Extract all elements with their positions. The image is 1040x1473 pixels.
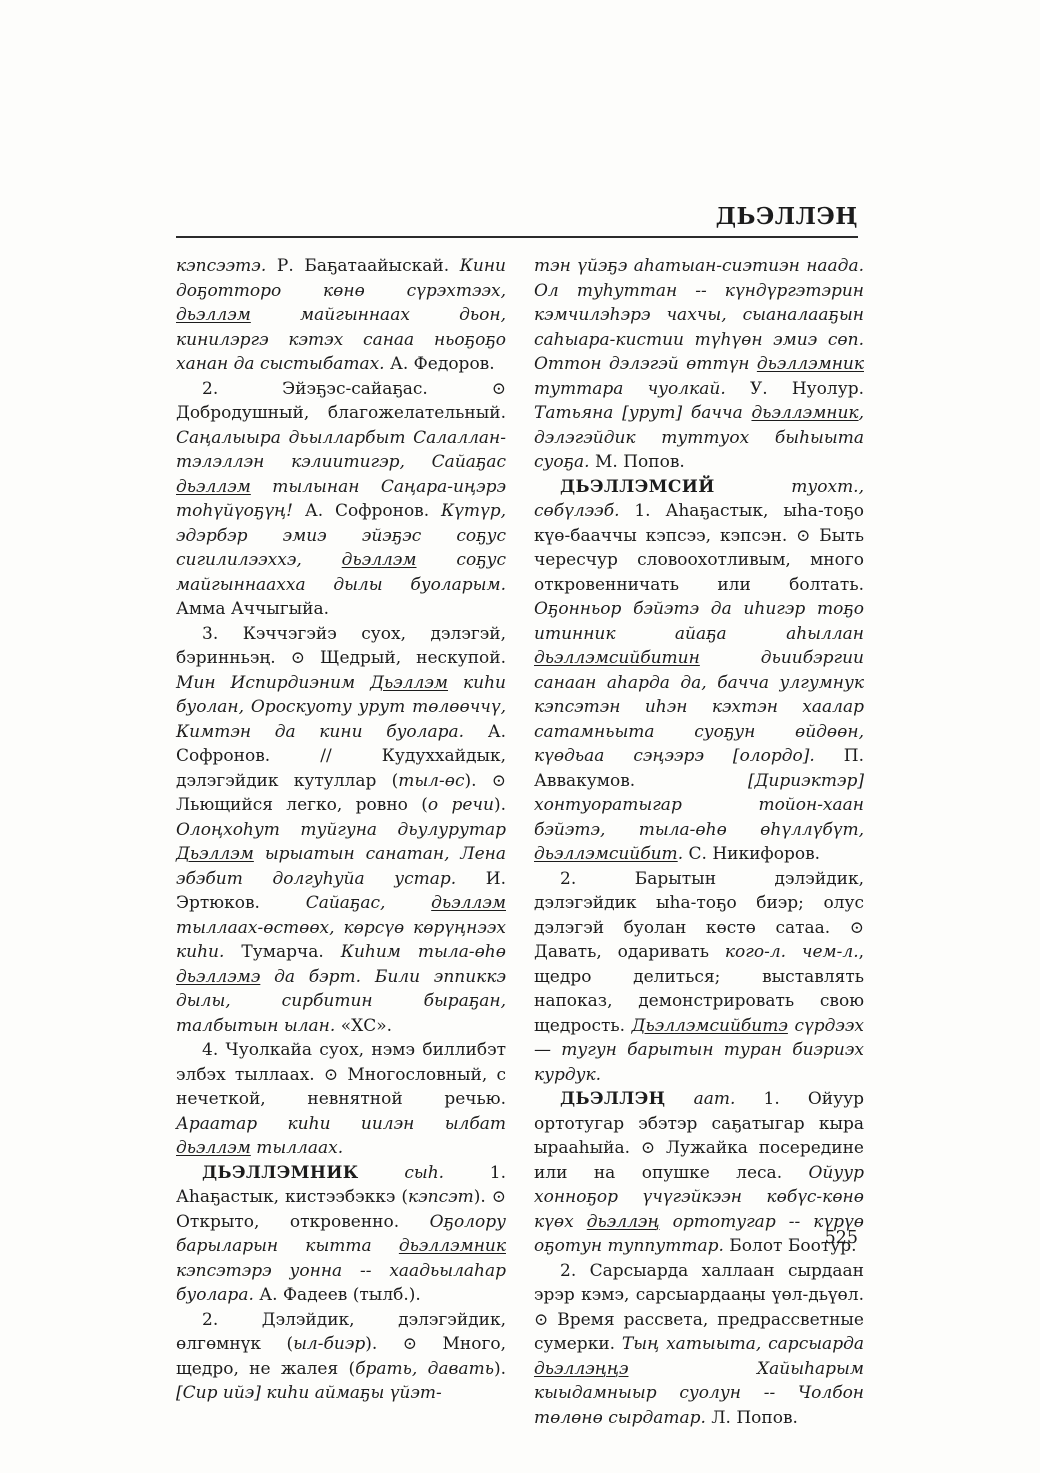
headword: ДЬЭЛЛЭМНИК	[202, 1163, 359, 1183]
paragraph: 2. Сарсыарда халлаан сырдаан эрэр кэмэ, …	[534, 1259, 864, 1431]
keyword-underlined: дьэллэмник	[751, 403, 858, 423]
keyword-underlined: дьэллэмсийбит	[534, 844, 678, 864]
keyword-underlined: Дьэллэм	[370, 673, 448, 693]
text-segment: Сайаҕас,	[306, 893, 431, 913]
keyword-underlined: дьэллэмэ	[176, 967, 260, 987]
headword: ДЬЭЛЛЭМСИЙ	[560, 477, 715, 497]
paragraph: 2. Дэлэйдик, дэлэгэйдик, өлгөмнүк (ыл-би…	[176, 1308, 506, 1406]
text-segment: Л. Попов.	[711, 1408, 798, 1428]
paragraph: кэпсээтэ. Р. Баҕатаайыскай. Кини доҕотто…	[176, 254, 506, 377]
column-right: тэн үйэҕэ аһатыан-сиэтиэн наада. Ол туһу…	[534, 254, 864, 1430]
text-segment: тыл-өс	[398, 771, 464, 791]
text-segment: С. Никифоров.	[689, 844, 821, 864]
text-segment: .	[678, 844, 689, 864]
text-segment: Оҕонньор бэйэтэ да иһигэр тоҕо итинник а…	[534, 599, 864, 644]
text-segment: аат.	[665, 1089, 763, 1109]
text-columns: кэпсээтэ. Р. Баҕатаайыскай. Кини доҕотто…	[176, 254, 864, 1430]
keyword-underlined: дьэллэм	[176, 477, 251, 497]
text-segment: А. Софронов.	[305, 501, 441, 521]
text-segment: 3. Кэччэгэйэ суох, дэлэгэй, бэринньэң. ⊙…	[176, 624, 506, 669]
text-segment: У. Нуолур.	[750, 379, 864, 399]
keyword-underlined: Дьэллэм	[176, 844, 254, 864]
page-number: 525	[176, 1228, 858, 1248]
keyword-underlined: дьэллэм	[176, 305, 251, 325]
text-segment: кэпсээтэ.	[176, 256, 277, 276]
column-left: кэпсээтэ. Р. Баҕатаайыскай. Кини доҕотто…	[176, 254, 506, 1430]
text-segment: Татьяна [урут] бачча	[534, 403, 751, 423]
keyword-underlined: дьэллэмсийбитин	[534, 648, 700, 668]
text-segment: Мин Испирдиэним	[176, 673, 370, 693]
keyword-underlined: дьэллэмник	[757, 354, 864, 374]
text-segment: ).	[494, 795, 506, 815]
text-segment: [Сир ийэ] киһи аймаҕы үйэт-	[176, 1383, 442, 1403]
text-segment: Киһим тыла-өһө	[341, 942, 506, 962]
running-head: ДЬЭЛЛЭҢ	[176, 203, 858, 230]
text-segment: о речи	[428, 795, 494, 815]
text-segment: кэпсэт	[408, 1187, 474, 1207]
text-segment: ).	[494, 1359, 506, 1379]
text-segment: М. Попов.	[595, 452, 685, 472]
text-segment: Саңалыыра дьылларбыт Салаллан-тэлэллэн к…	[176, 428, 506, 473]
text-segment: Тың хатыыта, сарсыарда	[622, 1334, 864, 1354]
keyword-underlined: Дьэллэмсийбитэ	[632, 1016, 788, 1036]
paragraph: 4. Чуолкайа суох, нэмэ биллибэт элбэх ты…	[176, 1038, 506, 1161]
text-segment: 2. Эйэҕэс-сайаҕас. ⊙ Добродушный, благож…	[176, 379, 506, 424]
text-segment: кого-л. чем-л.	[725, 942, 859, 962]
text-segment: тыллаах.	[251, 1138, 343, 1158]
paragraph: 2. Эйэҕэс-сайаҕас. ⊙ Добродушный, благож…	[176, 377, 506, 622]
text-segment: Р. Баҕатаайыскай.	[277, 256, 460, 276]
text-segment: А. Федоров.	[390, 354, 495, 374]
paragraph: 2. Барытын дэлэйдик, дэлэгэйдик ыһа-тоҕо…	[534, 867, 864, 1088]
text-segment: А. Фадеев (тылб.).	[259, 1285, 421, 1305]
paragraph: ДЬЭЛЛЭМСИЙ туохт., сөбүлээб. 1. Аһаҕасты…	[534, 475, 864, 867]
text-segment: Олоңхоһут туйгуна дьулурутар	[176, 820, 506, 840]
keyword-underlined: дьэллэм	[431, 893, 506, 913]
text-segment: ыл-биэр	[293, 1334, 365, 1354]
text-segment: сыһ.	[359, 1163, 490, 1183]
headword: ДЬЭЛЛЭҢ	[560, 1089, 665, 1109]
text-segment: Араатар киһи иилэн ылбат	[176, 1114, 506, 1134]
keyword-underlined: дьэллэңңэ	[534, 1359, 628, 1379]
keyword-underlined: дьэллэм	[342, 550, 417, 570]
dictionary-page: ДЬЭЛЛЭҢ кэпсээтэ. Р. Баҕатаайыскай. Кини…	[0, 0, 1040, 1473]
paragraph: тэн үйэҕэ аһатыан-сиэтиэн наада. Ол туһу…	[534, 254, 864, 475]
header-rule	[176, 236, 858, 238]
text-segment: 4. Чуолкайа суох, нэмэ биллибэт элбэх ты…	[176, 1040, 506, 1109]
running-head-word: ДЬЭЛЛЭҢ	[716, 203, 858, 230]
text-segment: Тумарча.	[241, 942, 340, 962]
keyword-underlined: дьэллэм	[176, 1138, 251, 1158]
paragraph: 3. Кэччэгэйэ суох, дэлэгэй, бэринньэң. ⊙…	[176, 622, 506, 1039]
text-segment: брать, давать	[355, 1359, 494, 1379]
text-segment: Амма Аччыгыйа.	[176, 599, 329, 619]
text-segment: туттара чуолкай.	[534, 379, 750, 399]
text-segment: «ХС».	[341, 1016, 392, 1036]
